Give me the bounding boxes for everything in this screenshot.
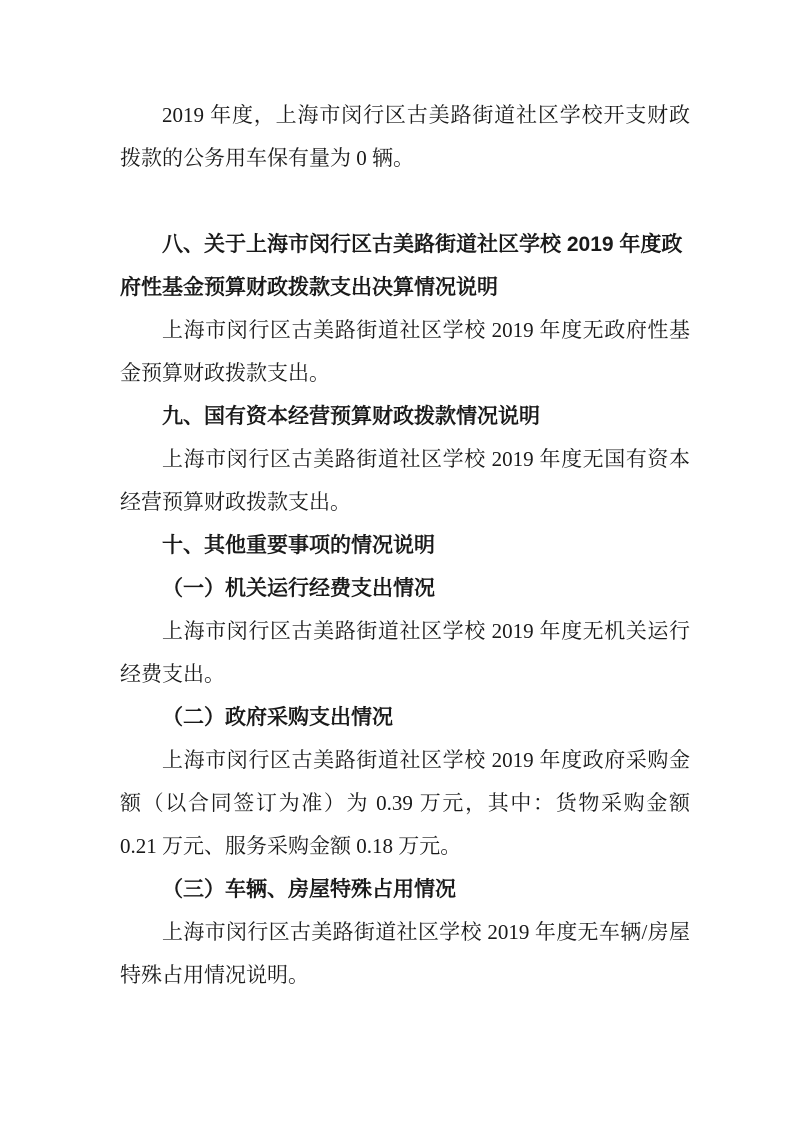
document-page: 2019 年度，上海市闵行区古美路街道社区学校开支财政拨款的公务用车保有量为 0… xyxy=(0,0,793,1122)
heading-section-10: 十、其他重要事项的情况说明 xyxy=(120,524,690,567)
document-body: 2019 年度，上海市闵行区古美路街道社区学校开支财政拨款的公务用车保有量为 0… xyxy=(120,94,690,997)
para-section-8-body: 上海市闵行区古美路街道社区学校 2019 年度无政府性基金预算财政拨款支出。 xyxy=(120,309,690,395)
para-section-9-body: 上海市闵行区古美路街道社区学校 2019 年度无国有资本经营预算财政拨款支出。 xyxy=(120,438,690,524)
para-10-2-body: 上海市闵行区古美路街道社区学校 2019 年度政府采购金额（以合同签订为准）为 … xyxy=(120,739,690,868)
subheading-10-3: （三）车辆、房屋特殊占用情况 xyxy=(120,868,690,911)
subheading-10-2: （二）政府采购支出情况 xyxy=(120,696,690,739)
subheading-10-1: （一）机关运行经费支出情况 xyxy=(120,567,690,610)
para-vehicle-holding: 2019 年度，上海市闵行区古美路街道社区学校开支财政拨款的公务用车保有量为 0… xyxy=(120,94,690,180)
para-10-1-body: 上海市闵行区古美路街道社区学校 2019 年度无机关运行经费支出。 xyxy=(120,610,690,696)
heading-section-9: 九、国有资本经营预算财政拨款情况说明 xyxy=(120,395,690,438)
para-10-3-body: 上海市闵行区古美路街道社区学校 2019 年度无车辆/房屋特殊占用情况说明。 xyxy=(120,911,690,997)
heading-section-8: 八、关于上海市闵行区古美路街道社区学校 2019 年度政府性基金预算财政拨款支出… xyxy=(120,223,690,309)
